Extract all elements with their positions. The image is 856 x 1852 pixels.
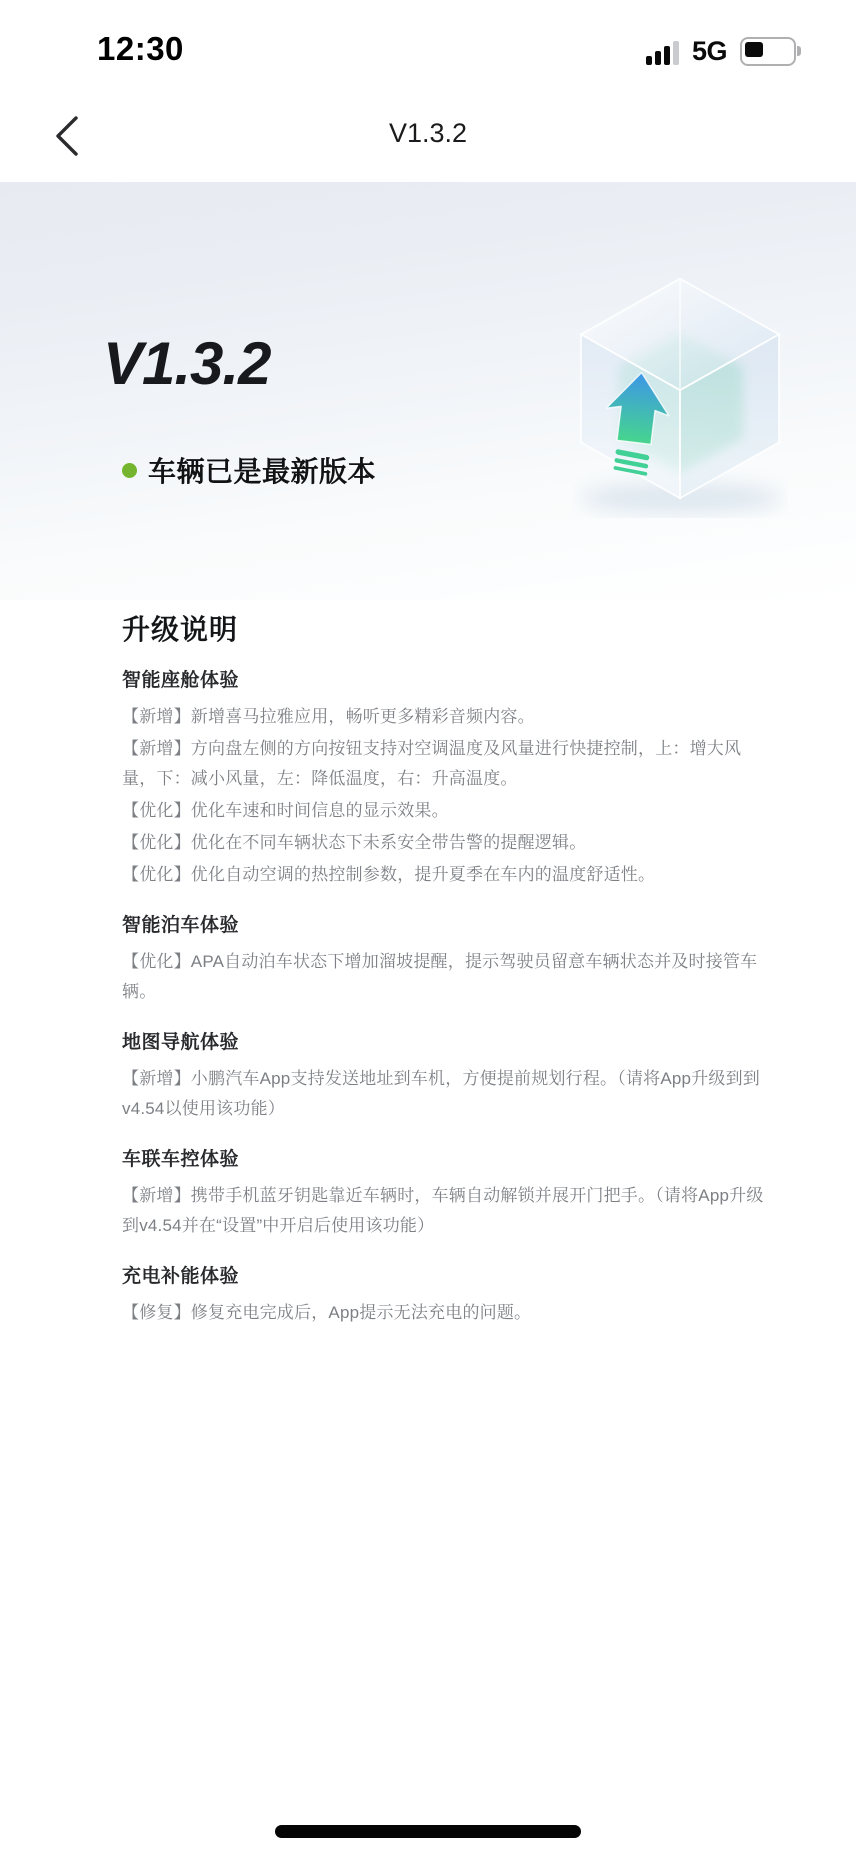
section-title: 智能座舱体验	[122, 668, 774, 694]
release-note-section: 智能座舱体验 【新增】新增喜马拉雅应用，畅听更多精彩音频内容。【新增】方向盘左侧…	[122, 668, 774, 890]
section-body: 【优化】APA自动泊车状态下增加溜坡提醒，提示驾驶员留意车辆状态并及时接管车辆。	[122, 947, 774, 1007]
cellular-signal-icon	[646, 37, 679, 66]
section-body: 【修复】修复充电完成后，App提示无法充电的问题。	[122, 1298, 774, 1328]
release-note-section: 车联车控体验 【新增】携带手机蓝牙钥匙靠近车辆时，车辆自动解锁并展开门把手。（请…	[122, 1147, 774, 1241]
release-note-section: 地图导航体验 【新增】小鹏汽车App支持发送地址到车机，方便提前规划行程。（请将…	[122, 1030, 774, 1124]
nav-bar: V1.3.2	[0, 82, 856, 182]
release-note-section: 智能泊车体验 【优化】APA自动泊车状态下增加溜坡提醒，提示驾驶员留意车辆状态并…	[122, 913, 774, 1007]
release-note-item: 【优化】优化自动空调的热控制参数，提升夏季在车内的温度舒适性。	[122, 860, 774, 890]
release-note-item: 【优化】优化在不同车辆状态下未系安全带告警的提醒逻辑。	[122, 828, 774, 858]
upgrade-cube-icon	[572, 266, 788, 518]
version-hero: V1.3.2 车辆已是最新版本	[0, 182, 856, 600]
home-indicator[interactable]	[275, 1825, 581, 1838]
screen: 12:30 5G V1.3.2 V1.3.2 车辆已是最新版本	[0, 0, 856, 1852]
release-note-item: 【新增】新增喜马拉雅应用，畅听更多精彩音频内容。	[122, 702, 774, 732]
status-bar: 12:30 5G	[0, 0, 856, 82]
status-dot-icon	[122, 463, 137, 478]
section-body: 【新增】携带手机蓝牙钥匙靠近车辆时，车辆自动解锁并展开门把手。（请将App升级到…	[122, 1181, 774, 1241]
release-note-item: 【修复】修复充电完成后，App提示无法充电的问题。	[122, 1298, 774, 1328]
battery-fill	[745, 42, 763, 57]
release-note-section: 充电补能体验 【修复】修复充电完成后，App提示无法充电的问题。	[122, 1264, 774, 1328]
section-title: 车联车控体验	[122, 1147, 774, 1173]
network-type-label: 5G	[692, 36, 727, 67]
section-body: 【新增】小鹏汽车App支持发送地址到车机，方便提前规划行程。（请将App升级到到…	[122, 1064, 774, 1124]
section-title: 充电补能体验	[122, 1264, 774, 1290]
release-note-item: 【新增】携带手机蓝牙钥匙靠近车辆时，车辆自动解锁并展开门把手。（请将App升级到…	[122, 1181, 774, 1241]
release-note-item: 【新增】小鹏汽车App支持发送地址到车机，方便提前规划行程。（请将App升级到到…	[122, 1064, 774, 1124]
release-note-item: 【优化】优化车速和时间信息的显示效果。	[122, 796, 774, 826]
battery-nub	[797, 46, 801, 56]
page-title: V1.3.2	[0, 118, 856, 149]
sections-container: 智能座舱体验 【新增】新增喜马拉雅应用，畅听更多精彩音频内容。【新增】方向盘左侧…	[0, 668, 856, 1328]
battery-icon	[740, 37, 796, 66]
release-note-item: 【优化】APA自动泊车状态下增加溜坡提醒，提示驾驶员留意车辆状态并及时接管车辆。	[122, 947, 774, 1007]
section-title: 智能泊车体验	[122, 913, 774, 939]
section-body: 【新增】新增喜马拉雅应用，畅听更多精彩音频内容。【新增】方向盘左侧的方向按钮支持…	[122, 702, 774, 890]
version-status-text: 车辆已是最新版本	[148, 450, 376, 490]
version-status: 车辆已是最新版本	[122, 450, 376, 490]
release-notes-heading: 升级说明	[122, 615, 856, 645]
version-number: V1.3.2	[103, 332, 270, 396]
section-title: 地图导航体验	[122, 1030, 774, 1056]
release-note-item: 【新增】方向盘左侧的方向按钮支持对空调温度及风量进行快捷控制，上：增大风量，下：…	[122, 734, 774, 794]
release-notes: 升级说明 智能座舱体验 【新增】新增喜马拉雅应用，畅听更多精彩音频内容。【新增】…	[0, 600, 856, 1330]
status-icons: 5G	[646, 36, 796, 67]
status-time: 12:30	[97, 30, 184, 68]
